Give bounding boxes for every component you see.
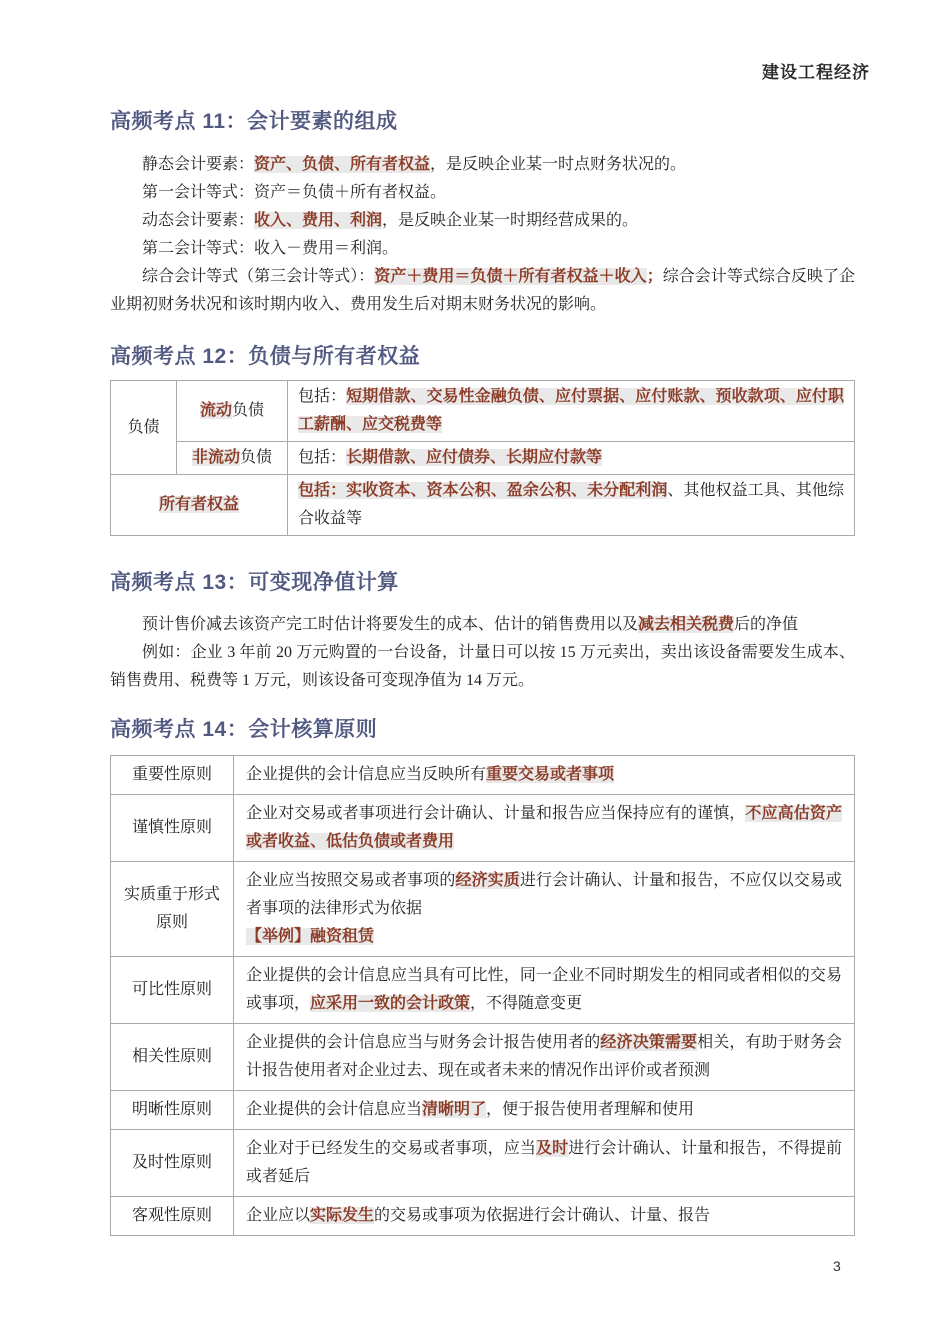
text-segment: 负债 (240, 449, 272, 466)
text-line: 企业应当按照交易或者事项的经济实质进行会计确认、计量和报告，不应仅以交易或者事项… (246, 867, 842, 923)
liabilities-equity-table: 负债 流动负债 包括：短期借款、交易性金融负债、应付票据、应付账款、预收款项、应… (110, 380, 855, 536)
text-segment: 预计售价减去该资产完工时估计将要发生的成本、估计的销售费用以及 (142, 616, 638, 633)
text-line: 第一会计等式：资产＝负债＋所有者权益。 (110, 179, 855, 207)
page-number: 3 (833, 1258, 841, 1274)
highlighted-text: 所有者权益 (159, 496, 239, 513)
text-line: 包括：长期借款、应付债券、长期应付款等 (298, 444, 844, 472)
text-segment: 企业对于已经发生的交易或者事项，应当 (246, 1140, 536, 1157)
paragraph: 动态会计要素：收入、费用、利润，是反映企业某一时期经营成果的。 (110, 207, 855, 235)
paragraph: 第一会计等式：资产＝负债＋所有者权益。 (110, 179, 855, 207)
highlighted-text: 包括：实收资本、资本公积、盈余公积、未分配利润 (298, 482, 667, 499)
text-segment: 实质重于形式 (124, 886, 220, 903)
paragraph: 预计售价减去该资产完工时估计将要发生的成本、估计的销售费用以及减去相关税费后的净… (110, 611, 855, 639)
table-row: 相关性原则 企业提供的会计信息应当与财务会计报告使用者的经济决策需要相关，有助于… (111, 1024, 855, 1091)
highlighted-text: 及时 (536, 1140, 568, 1157)
text-line: 企业提供的会计信息应当与财务会计报告使用者的经济决策需要相关，有助于财务会计报告… (246, 1029, 842, 1085)
paragraph: 第二会计等式：收入－费用＝利润。 (110, 235, 855, 263)
text-line: 流动负债 (179, 397, 285, 425)
principle-desc-cell: 企业提供的会计信息应当反映所有重要交易或者事项 (234, 756, 855, 795)
text-line: 客观性原则 (115, 1202, 229, 1230)
text-line: 企业对于已经发生的交易或者事项，应当及时进行会计确认、计量和报告，不得提前或者延… (246, 1135, 842, 1191)
highlighted-text: 短期借款、交易性金融负债、应付票据、应付账款、预收款项、应付职工薪酬、应交税费等 (298, 388, 844, 433)
text-line: 重要性原则 (115, 761, 229, 789)
text-line: 企业应以实际发生的交易或事项为依据进行会计确认、计量、报告 (246, 1202, 842, 1230)
highlighted-text: 长期借款、应付债券、长期应付款等 (346, 449, 602, 466)
table-row: 所有者权益 包括：实收资本、资本公积、盈余公积、未分配利润、其他权益工具、其他综… (111, 475, 855, 536)
paragraph: 综合会计等式（第三会计等式）：资产＋费用＝负债＋所有者权益＋收入；综合会计等式综… (110, 263, 855, 319)
text-line: 第二会计等式：收入－费用＝利润。 (110, 235, 855, 263)
text-segment: 静态会计要素： (142, 156, 254, 173)
text-segment: 企业提供的会计信息应当反映所有 (246, 766, 486, 783)
document-page: 建设工程经济 高频考点 11：会计要素的组成 静态会计要素：资产、负债、所有者权… (0, 0, 950, 1333)
text-segment: 包括： (298, 388, 346, 405)
paragraph: 例如：企业 3 年前 20 万元购置的一台设备，计量日可以按 15 万元卖出，卖… (110, 639, 855, 695)
highlighted-text: 经济决策需要 (600, 1034, 697, 1051)
principle-desc-cell: 企业应当按照交易或者事项的经济实质进行会计确认、计量和报告，不应仅以交易或者事项… (234, 862, 855, 957)
text-line: 及时性原则 (115, 1149, 229, 1177)
highlighted-text: 收入、费用、利润 (254, 212, 382, 229)
text-segment: ，不得随意变更 (470, 995, 582, 1012)
principle-cell: 重要性原则 (111, 756, 234, 795)
text-line: 包括：实收资本、资本公积、盈余公积、未分配利润、其他权益工具、其他综合收益等 (298, 477, 844, 533)
text-line: 【举例】融资租赁 (246, 923, 842, 951)
noncurrent-liabilities-cell: 非流动负债 (177, 442, 288, 475)
text-line: 企业提供的会计信息应当清晰明了，便于报告使用者理解和使用 (246, 1096, 842, 1124)
highlighted-text: 资产＋费用＝负债＋所有者权益＋收入 (374, 268, 646, 285)
text-segment: 综合会计等式（第三会计等式）： (142, 268, 374, 285)
text-line: 企业提供的会计信息应当具有可比性，同一企业不同时期发生的相同或者相似的交易或事项… (246, 962, 842, 1018)
owners-equity-desc-cell: 包括：实收资本、资本公积、盈余公积、未分配利润、其他权益工具、其他综合收益等 (288, 475, 855, 536)
text-line: 相关性原则 (115, 1043, 229, 1071)
principle-desc-cell: 企业对交易或者事项进行会计确认、计量和报告应当保持应有的谨慎，不应高估资产或者收… (234, 795, 855, 862)
text-segment: 第二会计等式：收入－费用＝利润。 (142, 240, 398, 257)
text-segment: 负债 (232, 402, 264, 419)
noncurrent-liabilities-desc-cell: 包括：长期借款、应付债券、长期应付款等 (288, 442, 855, 475)
liabilities-cell: 负债 (111, 381, 177, 475)
table-row: 客观性原则 企业应以实际发生的交易或事项为依据进行会计确认、计量、报告 (111, 1197, 855, 1236)
accounting-principles-table: 重要性原则 企业提供的会计信息应当反映所有重要交易或者事项 谨慎性原则 企业对交… (110, 755, 855, 1236)
section-heading-12: 高频考点 12：负债与所有者权益 (110, 345, 855, 369)
highlighted-text: 清晰明了 (422, 1101, 486, 1118)
text-segment: 企业应以 (246, 1207, 310, 1224)
highlighted-text: 流动 (200, 402, 232, 419)
principle-cell: 客观性原则 (111, 1197, 234, 1236)
text-segment: ，是反映企业某一时点财务状况的。 (430, 156, 686, 173)
owners-equity-cell: 所有者权益 (111, 475, 288, 536)
text-segment: ； (647, 268, 663, 285)
text-segment: 动态会计要素： (142, 212, 254, 229)
principle-desc-cell: 企业对于已经发生的交易或者事项，应当及时进行会计确认、计量和报告，不得提前或者延… (234, 1130, 855, 1197)
principle-cell: 谨慎性原则 (111, 795, 234, 862)
text-segment: 负债 (127, 419, 159, 436)
highlighted-text: 【举例】融资租赁 (246, 928, 374, 945)
table-row: 谨慎性原则 企业对交易或者事项进行会计确认、计量和报告应当保持应有的谨慎，不应高… (111, 795, 855, 862)
highlighted-text: 实际发生 (310, 1207, 374, 1224)
highlighted-text: 减去相关税费 (638, 616, 734, 633)
current-liabilities-desc-cell: 包括：短期借款、交易性金融负债、应付票据、应付账款、预收款项、应付职工薪酬、应交… (288, 381, 855, 442)
principle-cell: 明晰性原则 (111, 1091, 234, 1130)
text-line: 企业提供的会计信息应当反映所有重要交易或者事项 (246, 761, 842, 789)
text-segment: ，便于报告使用者理解和使用 (486, 1101, 694, 1118)
text-line: 预计售价减去该资产完工时估计将要发生的成本、估计的销售费用以及减去相关税费后的净… (110, 611, 855, 639)
text-segment: 后的净值 (734, 616, 798, 633)
text-line: 包括：短期借款、交易性金融负债、应付票据、应付账款、预收款项、应付职工薪酬、应交… (298, 383, 844, 439)
text-line: 综合会计等式（第三会计等式）：资产＋费用＝负债＋所有者权益＋收入；综合会计等式综… (110, 263, 855, 319)
section-heading-13: 高频考点 13：可变现净值计算 (110, 571, 855, 595)
table-row: 及时性原则 企业对于已经发生的交易或者事项，应当及时进行会计确认、计量和报告，不… (111, 1130, 855, 1197)
text-segment: 可比性原则 (132, 981, 212, 998)
text-segment: 谨慎性原则 (132, 819, 212, 836)
principle-desc-cell: 企业提供的会计信息应当清晰明了，便于报告使用者理解和使用 (234, 1091, 855, 1130)
text-line: 负债 (113, 414, 174, 442)
text-segment: 客观性原则 (132, 1207, 212, 1224)
text-line: 可比性原则 (115, 976, 229, 1004)
text-segment: ，是反映企业某一时期经营成果的。 (382, 212, 638, 229)
text-segment: 明晰性原则 (132, 1101, 212, 1118)
current-liabilities-cell: 流动负债 (177, 381, 288, 442)
section-11-paragraphs: 静态会计要素：资产、负债、所有者权益，是反映企业某一时点财务状况的。 第一会计等… (110, 151, 855, 319)
text-line: 静态会计要素：资产、负债、所有者权益，是反映企业某一时点财务状况的。 (110, 151, 855, 179)
text-line: 明晰性原则 (115, 1096, 229, 1124)
text-segment: 及时性原则 (132, 1154, 212, 1171)
principle-cell: 相关性原则 (111, 1024, 234, 1091)
text-line: 谨慎性原则 (115, 814, 229, 842)
text-segment: 相关性原则 (132, 1048, 212, 1065)
text-segment: 企业提供的会计信息应当与财务会计报告使用者的 (246, 1034, 600, 1051)
text-line: 企业对交易或者事项进行会计确认、计量和报告应当保持应有的谨慎，不应高估资产或者收… (246, 800, 842, 856)
table-row: 实质重于形式原则 企业应当按照交易或者事项的经济实质进行会计确认、计量和报告，不… (111, 862, 855, 957)
text-line: 例如：企业 3 年前 20 万元购置的一台设备，计量日可以按 15 万元卖出，卖… (110, 639, 855, 695)
text-line: 非流动负债 (179, 444, 285, 472)
section-heading-14: 高频考点 14：会计核算原则 (110, 718, 855, 742)
text-segment: 的交易或事项为依据进行会计确认、计量、报告 (374, 1207, 710, 1224)
principle-cell: 及时性原则 (111, 1130, 234, 1197)
principle-cell: 实质重于形式原则 (111, 862, 234, 957)
highlighted-text: 经济实质 (455, 872, 519, 889)
text-segment: 企业对交易或者事项进行会计确认、计量和报告应当保持应有的谨慎， (246, 805, 745, 822)
text-line: 实质重于形式 (115, 881, 229, 909)
highlighted-text: 重要交易或者事项 (486, 766, 614, 783)
text-segment: 原则 (156, 914, 188, 931)
text-line: 动态会计要素：收入、费用、利润，是反映企业某一时期经营成果的。 (110, 207, 855, 235)
principle-desc-cell: 企业提供的会计信息应当具有可比性，同一企业不同时期发生的相同或者相似的交易或事项… (234, 957, 855, 1024)
text-line: 所有者权益 (113, 491, 285, 519)
table-row: 明晰性原则 企业提供的会计信息应当清晰明了，便于报告使用者理解和使用 (111, 1091, 855, 1130)
section-13-paragraphs: 预计售价减去该资产完工时估计将要发生的成本、估计的销售费用以及减去相关税费后的净… (110, 611, 855, 695)
highlighted-text: 应采用一致的会计政策 (310, 995, 470, 1012)
highlighted-text: 资产、负债、所有者权益 (254, 156, 430, 173)
section-heading-11: 高频考点 11：会计要素的组成 (110, 110, 855, 134)
table-row: 负债 流动负债 包括：短期借款、交易性金融负债、应付票据、应付账款、预收款项、应… (111, 381, 855, 442)
highlighted-text: 非流动 (192, 449, 240, 466)
page-content: 高频考点 11：会计要素的组成 静态会计要素：资产、负债、所有者权益，是反映企业… (110, 0, 855, 1236)
text-segment: 重要性原则 (132, 766, 212, 783)
table-row: 重要性原则 企业提供的会计信息应当反映所有重要交易或者事项 (111, 756, 855, 795)
table-row: 非流动负债 包括：长期借款、应付债券、长期应付款等 (111, 442, 855, 475)
paragraph: 静态会计要素：资产、负债、所有者权益，是反映企业某一时点财务状况的。 (110, 151, 855, 179)
text-segment: 第一会计等式：资产＝负债＋所有者权益。 (142, 184, 446, 201)
text-segment: 包括： (298, 449, 346, 466)
principle-desc-cell: 企业应以实际发生的交易或事项为依据进行会计确认、计量、报告 (234, 1197, 855, 1236)
principle-cell: 可比性原则 (111, 957, 234, 1024)
text-line: 原则 (115, 909, 229, 937)
table-row: 可比性原则 企业提供的会计信息应当具有可比性，同一企业不同时期发生的相同或者相似… (111, 957, 855, 1024)
text-segment: 例如：企业 3 年前 20 万元购置的一台设备，计量日可以按 15 万元卖出，卖… (110, 644, 855, 689)
text-segment: 企业应当按照交易或者事项的 (246, 872, 455, 889)
principle-desc-cell: 企业提供的会计信息应当与财务会计报告使用者的经济决策需要相关，有助于财务会计报告… (234, 1024, 855, 1091)
text-segment: 企业提供的会计信息应当 (246, 1101, 422, 1118)
